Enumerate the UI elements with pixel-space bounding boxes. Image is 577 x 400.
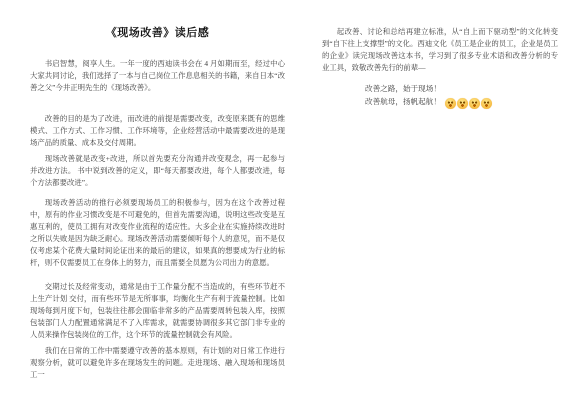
paragraph: 现场改善就是改变+改进，所以首先要充分沟通并改变观念，再一起参与并改进方法。 书… (30, 153, 285, 189)
slogan-line-1: 改善之路，始于现场！ (365, 82, 558, 95)
paragraph: 交期过长及经常变动，通常是由于工作量分配不当造成的，有些环节赶不上生产计划 交付… (30, 281, 285, 341)
page-right: 起改善、讨论和总结再建立标准，从“自上而下驱动型”的文化转变到“自下往上支撑型”… (322, 0, 558, 109)
page-left: 《现场改善》读后感 书启智慧，阅享人生。一年一度的西迪读书会在 4 月如期而至，… (30, 0, 285, 381)
slogan-line-2: 改善航母，扬帆起航！ (365, 97, 441, 106)
emoji-row (444, 96, 492, 109)
grinning-face-emoji (445, 98, 456, 109)
paragraph: 现场改善活动的推行必须要现场员工的积极参与，因为在这个改善过程中，原有的作业习惯… (30, 197, 285, 269)
document-title: 《现场改善》读后感 (30, 26, 285, 40)
grinning-face-emoji (469, 98, 480, 109)
paragraph: 书启智慧，阅享人生。一年一度的西迪读书会在 4 月如期而至，经过中心大家共同讨论… (30, 58, 285, 94)
slogan-block: 改善之路，始于现场！ 改善航母，扬帆起航！ (365, 82, 558, 109)
paragraph: 起改善、讨论和总结再建立标准，从“自上而下驱动型”的文化转变到“自下往上支撑型”… (322, 26, 558, 74)
document-spread: 《现场改善》读后感 书启智慧，阅享人生。一年一度的西迪读书会在 4 月如期而至，… (0, 0, 577, 400)
paragraph: 改善的目的是为了改进，而改进的前提是需要改变，改变原来既有的思维模式、工作方式、… (30, 113, 285, 149)
grinning-face-emoji (457, 98, 468, 109)
slogan-line-2-wrap: 改善航母，扬帆起航！ (365, 95, 558, 109)
paragraph: 我们在日常的工作中需要遵守改善的基本原则，有计划的对日常工作进行观察分析，就可以… (30, 345, 285, 381)
grinning-face-emoji (481, 98, 492, 109)
